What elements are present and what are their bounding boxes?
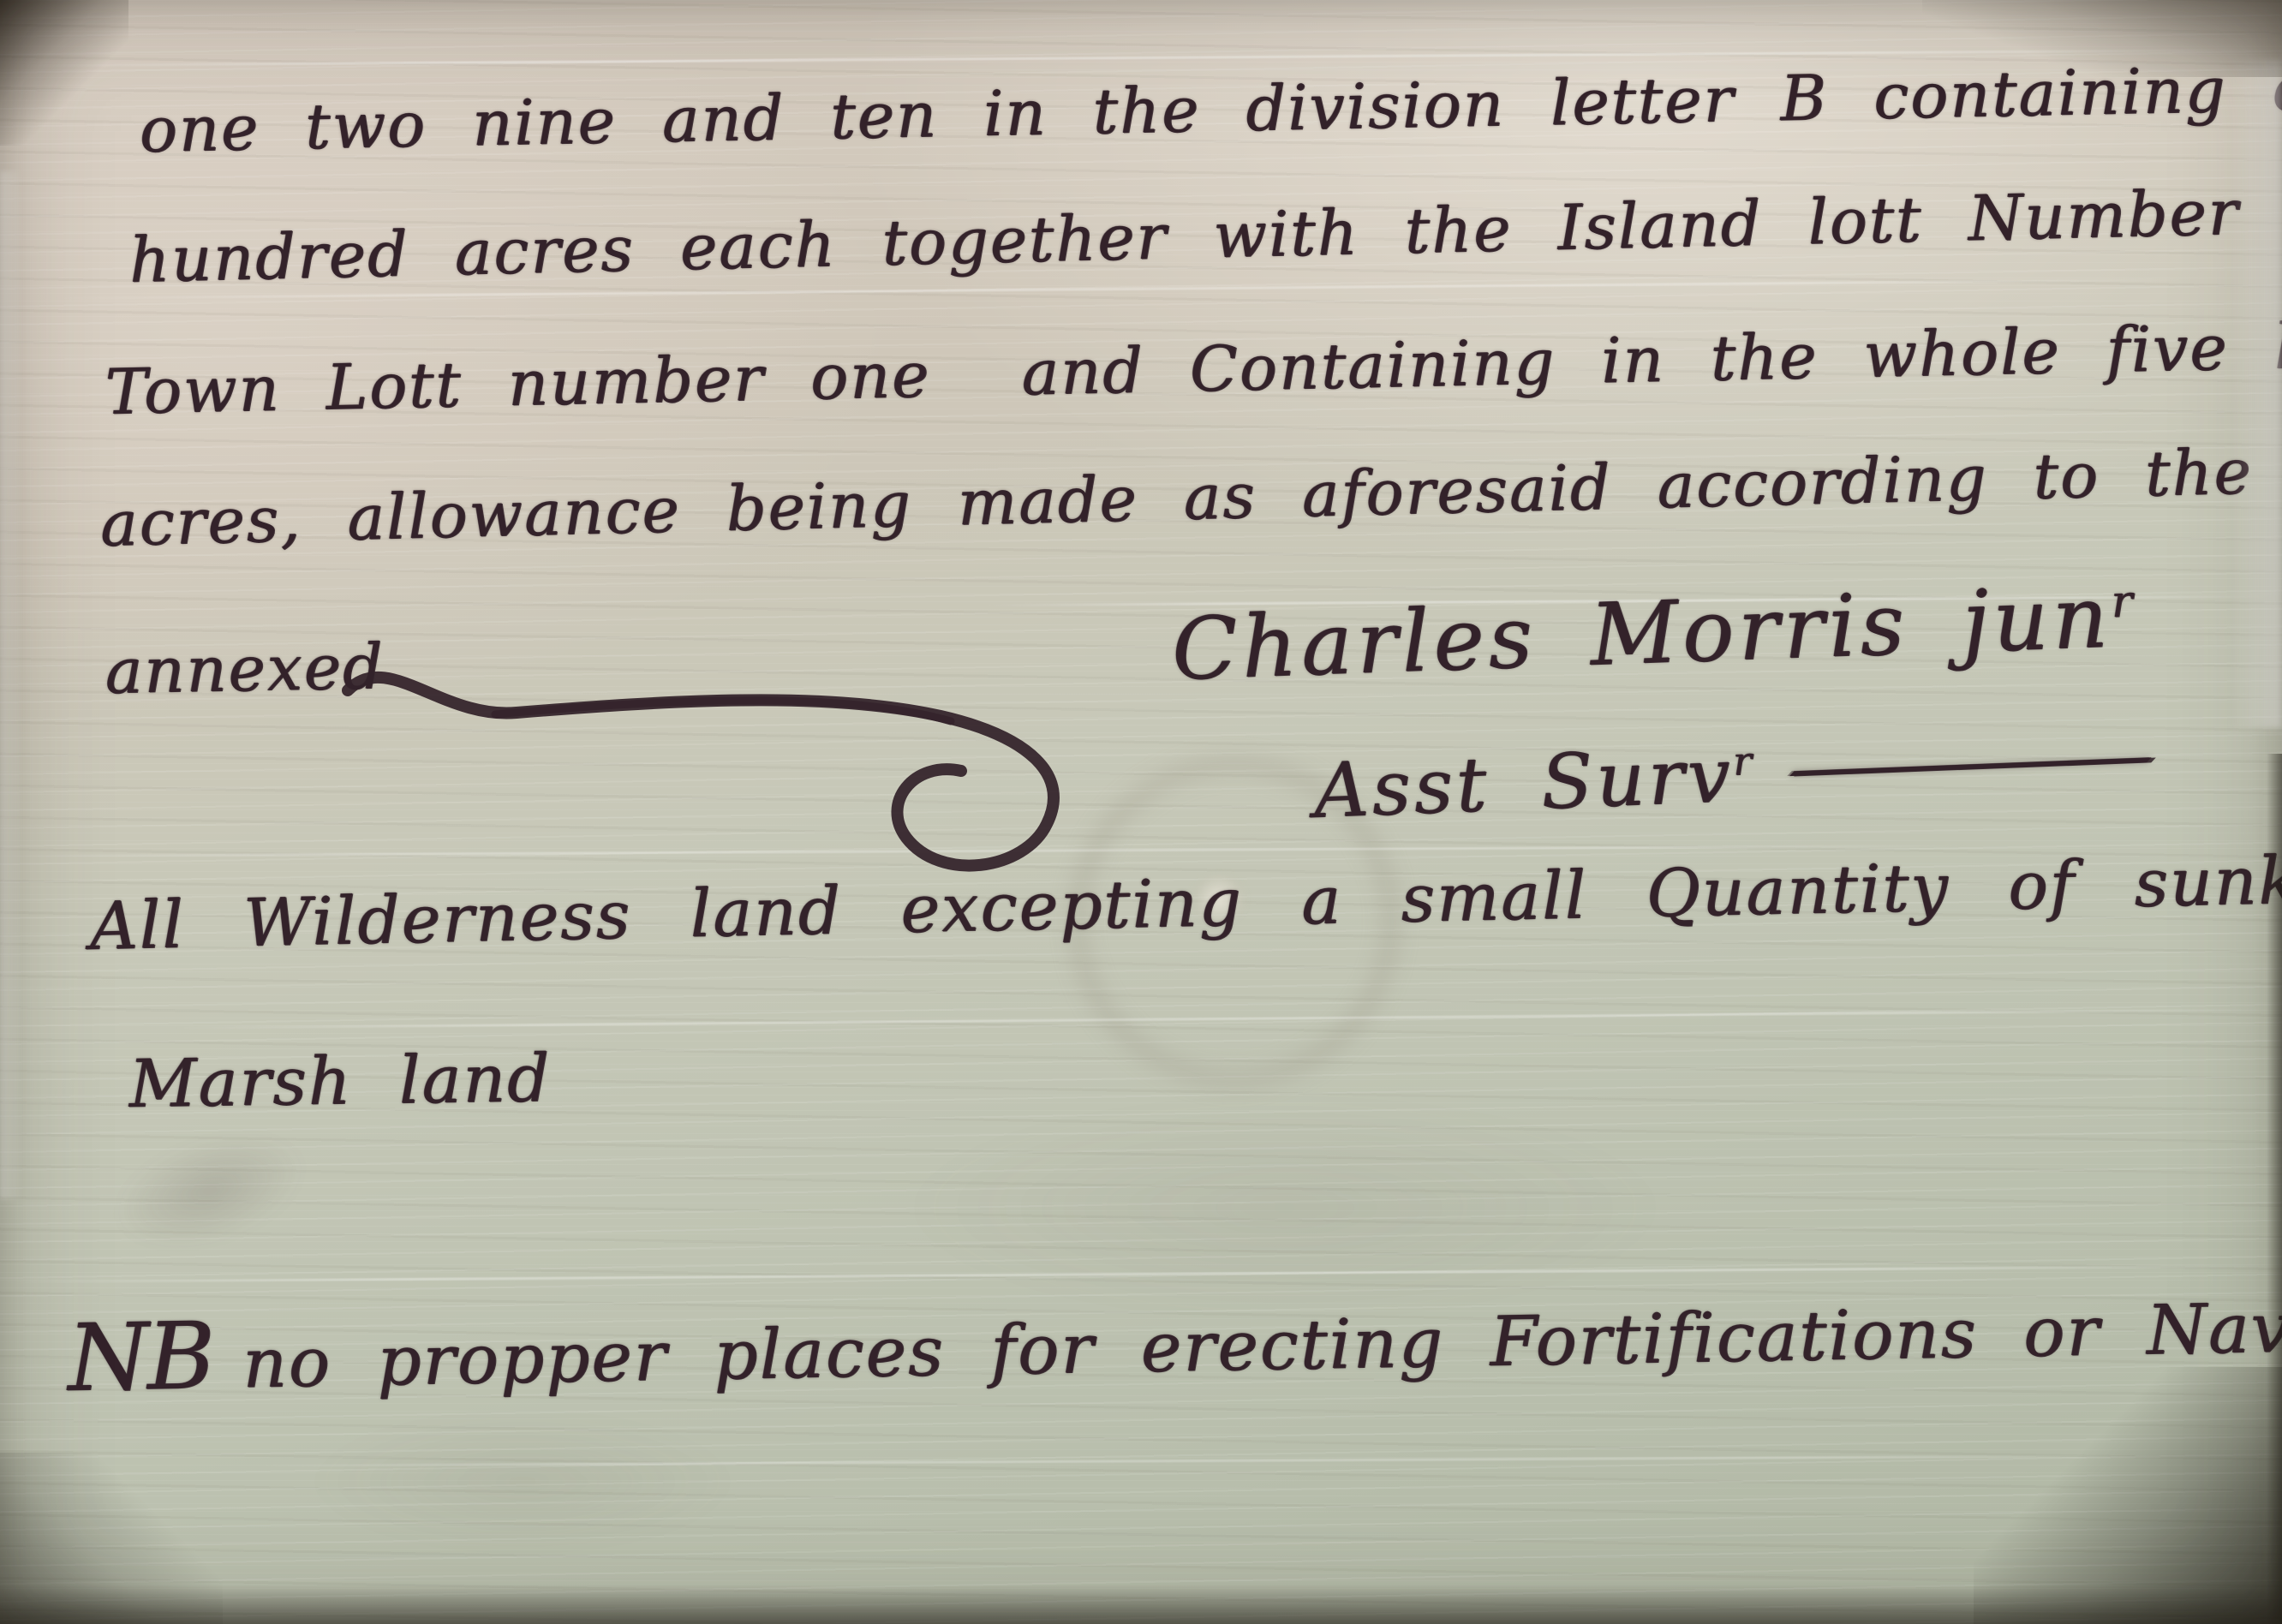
scan-streak bbox=[257, 1454, 2142, 1467]
ink-smudge bbox=[100, 1111, 320, 1269]
right-edge-highlight bbox=[2231, 60, 2282, 728]
manuscript-line-3: Town Lott number one and Containing in t… bbox=[105, 305, 2282, 429]
role-flourish-dash: — bbox=[1772, 708, 2185, 812]
manuscript-line-4: acres, allowance being made as aforesaid… bbox=[99, 431, 2282, 561]
manuscript-line-1: one two nine and ten in the division let… bbox=[139, 51, 2282, 167]
nb-monogram: NB bbox=[67, 1303, 214, 1412]
left-edge-highlight bbox=[0, 171, 22, 1199]
corner-shadow-top-left bbox=[0, 0, 128, 146]
corner-shadow-bottom-right bbox=[1974, 1367, 2282, 1624]
show-through-ghost bbox=[308, 1413, 737, 1550]
corner-shadow-bottom-left bbox=[0, 1453, 223, 1624]
nb-text: no propper places for erecting Fortifica… bbox=[242, 1282, 2282, 1403]
note-line-1: All Wilderness land excepting a small Qu… bbox=[89, 841, 2282, 965]
signature-role: Asst Survr— bbox=[1312, 726, 1855, 835]
manuscript-line-annexed: annexed bbox=[105, 630, 385, 708]
scan-streak bbox=[171, 1008, 2282, 1030]
role-suffix: r bbox=[1732, 738, 1753, 785]
signature-name: Charles Morris jun bbox=[1170, 567, 2113, 700]
bottom-edge-shadow bbox=[0, 1585, 2282, 1624]
signature-suffix: r bbox=[2110, 576, 2133, 628]
signature-charles-morris: Charles Morris junr bbox=[1170, 566, 2135, 700]
note-line-2: Marsh land bbox=[128, 1041, 552, 1123]
manuscript-line-2: hundred acres each together with the Isl… bbox=[128, 169, 2282, 297]
role-title: Asst Surv bbox=[1312, 731, 1735, 835]
manuscript-page-photo: one two nine and ten in the division let… bbox=[0, 0, 2282, 1624]
nota-bene-line: NBno propper places for erecting Fortifi… bbox=[67, 1261, 2282, 1412]
